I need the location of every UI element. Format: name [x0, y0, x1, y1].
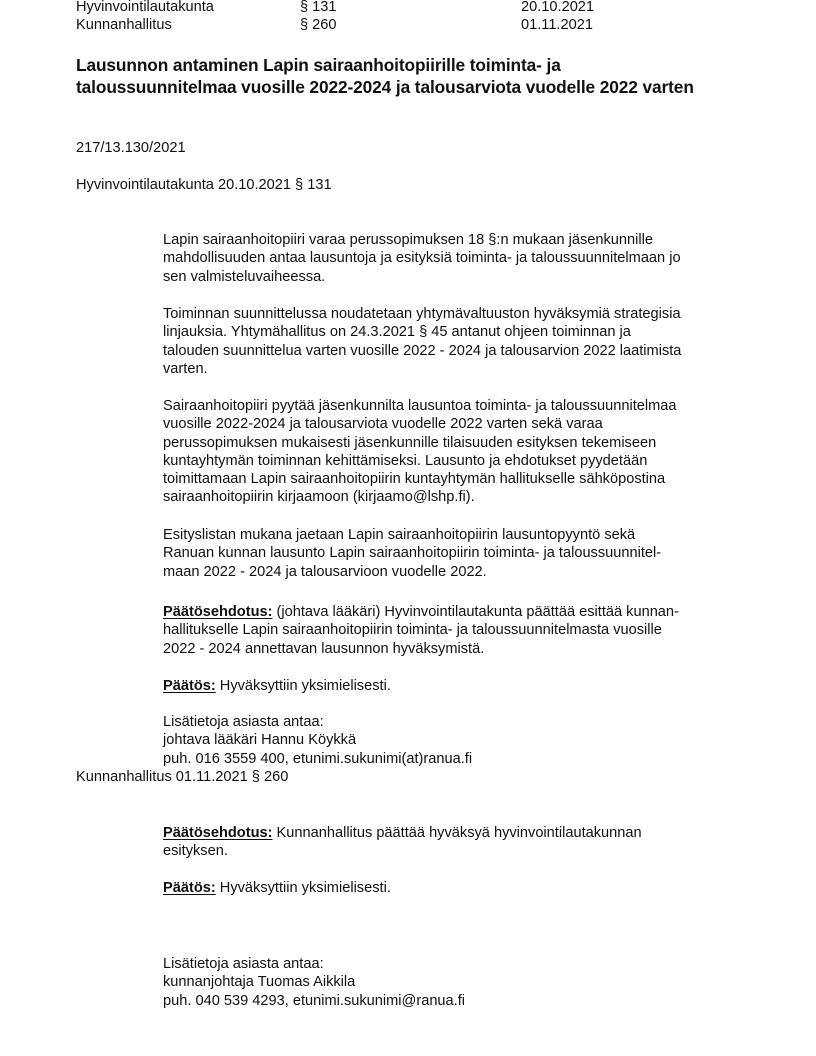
text-line: Ranuan kunnan lausunto Lapin sairaanhoit… — [163, 544, 743, 562]
paragraph-intro: Lapin sairaanhoitopiiri varaa perussopim… — [163, 231, 743, 286]
decision-proposal-2: Päätösehdotus: Kunnanhallitus päättää hy… — [163, 824, 743, 861]
paragraph-attachments: Esityslistan mukana jaetaan Lapin sairaa… — [163, 526, 743, 581]
meta-section-number: § 131 — [300, 0, 337, 16]
text-line: kuntayhtymän toiminnan kehittämiseksi. L… — [163, 452, 743, 470]
meta-date: 01.11.2021 — [521, 16, 593, 34]
text-line: Päätösehdotus: (johtava lääkäri) Hyvinvo… — [163, 603, 743, 621]
text-line: talouden suunnittelua varten vuosille 20… — [163, 342, 743, 360]
text-line: hallitukselle Lapin sairaanhoitopiirin t… — [163, 621, 743, 639]
text-line: linjauksia. Yhtymähallitus on 24.3.2021 … — [163, 323, 743, 341]
meta-row: Kunnanhallitus § 260 01.11.2021 — [76, 16, 636, 34]
contact-info-1: Lisätietoja asiasta antaa: johtava lääkä… — [163, 713, 743, 768]
text-line: puh. 040 539 4293, etunimi.sukunimi@ranu… — [163, 992, 743, 1010]
text-line: sairaanhoitopiirin kirjaamoon (kirjaamo@… — [163, 488, 743, 506]
meta-body-name: Kunnanhallitus — [76, 16, 172, 34]
text-line: toimittamaan Lapin sairaanhoitopiirin ku… — [163, 470, 743, 488]
decision-text: Hyväksyttiin yksimielisesti. — [216, 678, 391, 694]
proposal-text: (johtava lääkäri) Hyvinvointilautakunta … — [272, 604, 678, 620]
paragraph-planning: Toiminnan suunnittelussa noudatetaan yht… — [163, 305, 743, 378]
text-line: puh. 016 3559 400, etunimi.sukunimi(at)r… — [163, 750, 743, 768]
meeting-reference-table: Hyvinvointilautakunta § 131 20.10.2021 K… — [76, 0, 636, 34]
decision-text: Hyväksyttiin yksimielisesti. — [216, 880, 391, 896]
text-line: maan 2022 - 2024 ja talousarvioon vuodel… — [163, 563, 743, 581]
text-line: Sairaanhoitopiiri pyytää jäsenkunnilta l… — [163, 397, 743, 415]
decision-1: Päätös: Hyväksyttiin yksimielisesti. — [163, 677, 743, 695]
meta-body-name: Hyvinvointilautakunta — [76, 0, 214, 16]
text-line: 2022 - 2024 annettavan lausunnon hyväksy… — [163, 640, 743, 658]
contact-info-2: Lisätietoja asiasta antaa: kunnanjohtaja… — [163, 955, 743, 1010]
section-heading-kunnanhallitus: Kunnanhallitus 01.11.2021 § 260 — [76, 768, 288, 786]
proposal-label: Päätösehdotus: — [163, 604, 272, 620]
paragraph-request: Sairaanhoitopiiri pyytää jäsenkunnilta l… — [163, 397, 743, 507]
text-line: Esityslistan mukana jaetaan Lapin sairaa… — [163, 526, 743, 544]
diary-number: 217/13.130/2021 — [76, 139, 186, 157]
text-line: perussopimuksen mukaisesti jäsenkunnille… — [163, 434, 743, 452]
text-line: Päätösehdotus: Kunnanhallitus päättää hy… — [163, 824, 743, 842]
text-line: Päätös: Hyväksyttiin yksimielisesti. — [163, 677, 743, 695]
text-line: mahdollisuuden antaa lausuntoja ja esity… — [163, 249, 743, 267]
text-line: Lisätietoja asiasta antaa: — [163, 713, 743, 731]
text-line: vuosille 2022-2024 ja talousarviota vuod… — [163, 415, 743, 433]
decision-proposal-1: Päätösehdotus: (johtava lääkäri) Hyvinvo… — [163, 603, 743, 658]
text-line: johtava lääkäri Hannu Köykkä — [163, 731, 743, 749]
text-line: Lisätietoja asiasta antaa: — [163, 955, 743, 973]
text-line: Toiminnan suunnittelussa noudatetaan yht… — [163, 305, 743, 323]
decision-2: Päätös: Hyväksyttiin yksimielisesti. — [163, 879, 743, 897]
section-heading-hyvinvointilautakunta: Hyvinvointilautakunta 20.10.2021 § 131 — [76, 176, 332, 194]
text-line: varten. — [163, 360, 743, 378]
meta-row: Hyvinvointilautakunta § 131 20.10.2021 — [76, 0, 636, 16]
text-line: esityksen. — [163, 842, 743, 860]
document-title: Lausunnon antaminen Lapin sairaanhoitopi… — [76, 55, 716, 98]
meta-section-number: § 260 — [300, 16, 337, 34]
text-line: kunnanjohtaja Tuomas Aikkila — [163, 973, 743, 991]
text-line: Päätös: Hyväksyttiin yksimielisesti. — [163, 879, 743, 897]
text-line: sen valmisteluvaiheessa. — [163, 268, 743, 286]
text-line: Lapin sairaanhoitopiiri varaa perussopim… — [163, 231, 743, 249]
meta-date: 20.10.2021 — [521, 0, 594, 16]
proposal-text: Kunnanhallitus päättää hyväksyä hyvinvoi… — [272, 825, 641, 841]
decision-label: Päätös: — [163, 880, 216, 896]
proposal-label: Päätösehdotus: — [163, 825, 272, 841]
decision-label: Päätös: — [163, 678, 216, 694]
